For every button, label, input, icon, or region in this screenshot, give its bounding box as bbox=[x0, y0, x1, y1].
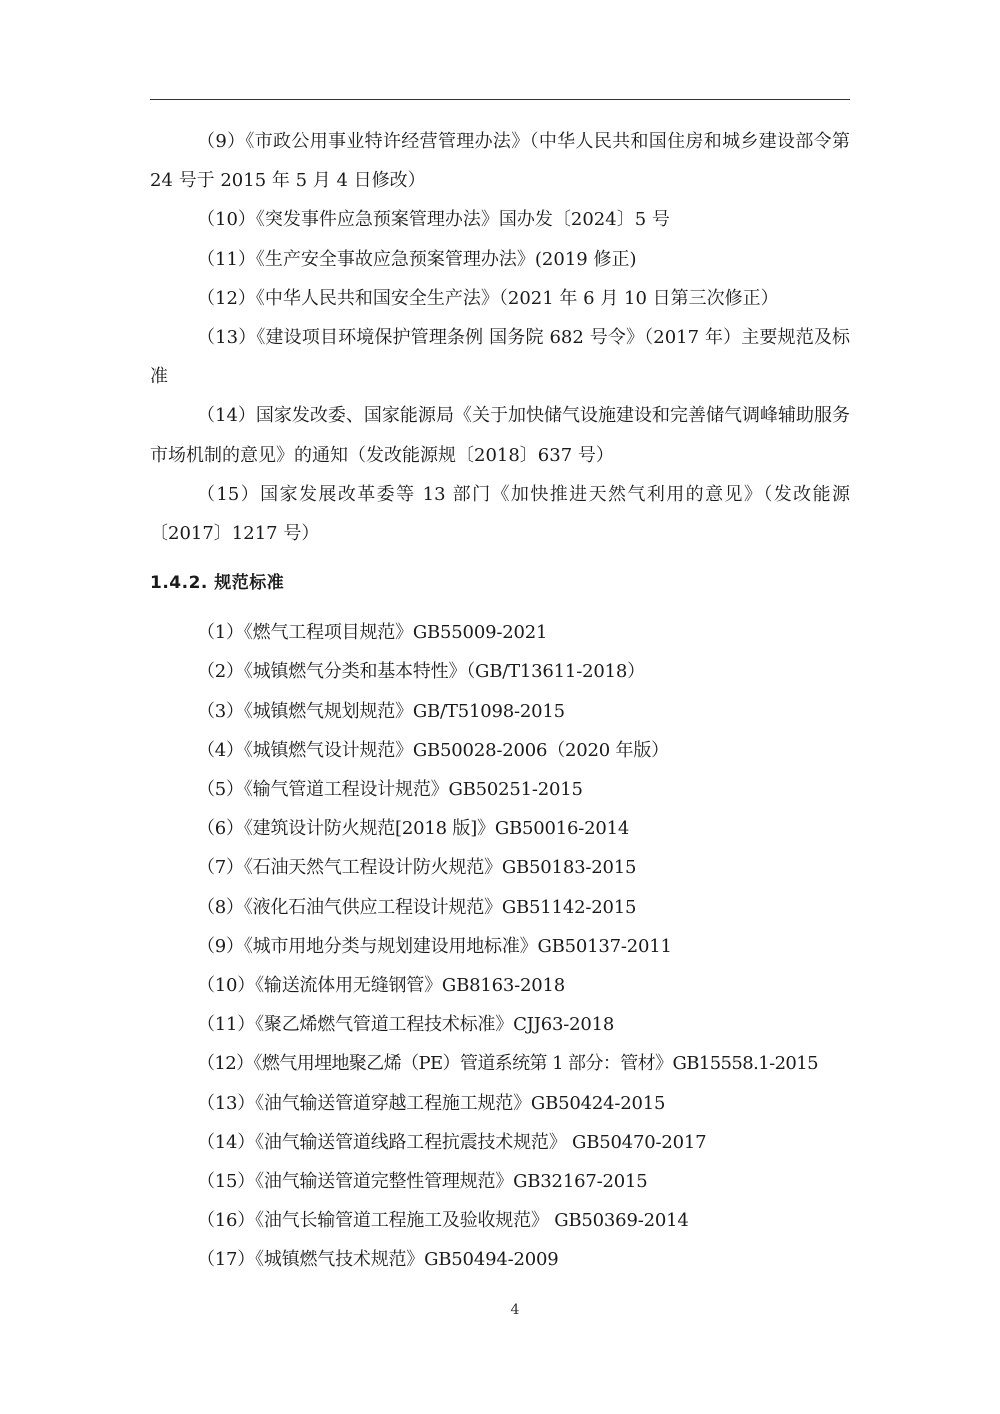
document-body: （9）《市政公用事业特许经营管理办法》（中华人民共和国住房和城乡建设部令第 24… bbox=[150, 122, 850, 1280]
standard-item: （16）《油气长输管道工程施工及验收规范》 GB50369-2014 bbox=[150, 1201, 850, 1240]
standard-item: （4）《城镇燃气设计规范》GB50028-2006（2020 年版） bbox=[150, 731, 850, 770]
standard-item: （1）《燃气工程项目规范》GB55009-2021 bbox=[150, 613, 850, 652]
law-item-14: （14）国家发改委、国家能源局《关于加快储气设施建设和完善储气调峰辅助服务市场机… bbox=[150, 396, 850, 474]
standard-item: （11）《聚乙烯燃气管道工程技术标准》CJJ63-2018 bbox=[150, 1005, 850, 1044]
page-number: 4 bbox=[0, 1302, 1000, 1318]
standards-list: （1）《燃气工程项目规范》GB55009-2021 （2）《城镇燃气分类和基本特… bbox=[150, 613, 850, 1279]
standard-item: （15）《油气输送管道完整性管理规范》GB32167-2015 bbox=[150, 1162, 850, 1201]
law-item-12: （12）《中华人民共和国安全生产法》（2021 年 6 月 10 日第三次修正） bbox=[150, 279, 850, 318]
standard-item: （12）《燃气用埋地聚乙烯（PE）管道系统第 1 部分：管材》GB15558.1… bbox=[150, 1044, 850, 1083]
standard-item: （14）《油气输送管道线路工程抗震技术规范》 GB50470-2017 bbox=[150, 1123, 850, 1162]
standard-item: （9）《城市用地分类与规划建设用地标准》GB50137-2011 bbox=[150, 927, 850, 966]
standard-item: （7）《石油天然气工程设计防火规范》GB50183-2015 bbox=[150, 848, 850, 887]
standard-item: （6）《建筑设计防火规范[2018 版]》GB50016-2014 bbox=[150, 809, 850, 848]
section-title: 规范标准 bbox=[214, 573, 284, 593]
laws-list: （9）《市政公用事业特许经营管理办法》（中华人民共和国住房和城乡建设部令第 24… bbox=[150, 122, 850, 553]
standard-item: （3）《城镇燃气规划规范》GB/T51098-2015 bbox=[150, 692, 850, 731]
law-item-9: （9）《市政公用事业特许经营管理办法》（中华人民共和国住房和城乡建设部令第 24… bbox=[150, 122, 850, 200]
law-item-13: （13）《建设项目环境保护管理条例 国务院 682 号令》（2017 年）主要规… bbox=[150, 318, 850, 396]
section-number: 1.4.2. bbox=[150, 573, 208, 593]
law-item-10: （10）《突发事件应急预案管理办法》国办发〔2024〕5 号 bbox=[150, 200, 850, 239]
section-heading: 1.4.2. 规范标准 bbox=[150, 563, 850, 603]
law-item-15: （15）国家发展改革委等 13 部门《加快推进天然气利用的意见》（发改能源〔20… bbox=[150, 475, 850, 553]
law-item-11: （11）《生产安全事故应急预案管理办法》(2019 修正) bbox=[150, 240, 850, 279]
standard-item: （8）《液化石油气供应工程设计规范》GB51142-2015 bbox=[150, 888, 850, 927]
standard-item: （2）《城镇燃气分类和基本特性》（GB/T13611-2018） bbox=[150, 652, 850, 691]
standard-item: （5）《输气管道工程设计规范》GB50251-2015 bbox=[150, 770, 850, 809]
standard-item: （17）《城镇燃气技术规范》GB50494-2009 bbox=[150, 1240, 850, 1279]
standard-item: （13）《油气输送管道穿越工程施工规范》GB50424-2015 bbox=[150, 1084, 850, 1123]
standard-item: （10）《输送流体用无缝钢管》GB8163-2018 bbox=[150, 966, 850, 1005]
header-rule bbox=[150, 99, 850, 100]
